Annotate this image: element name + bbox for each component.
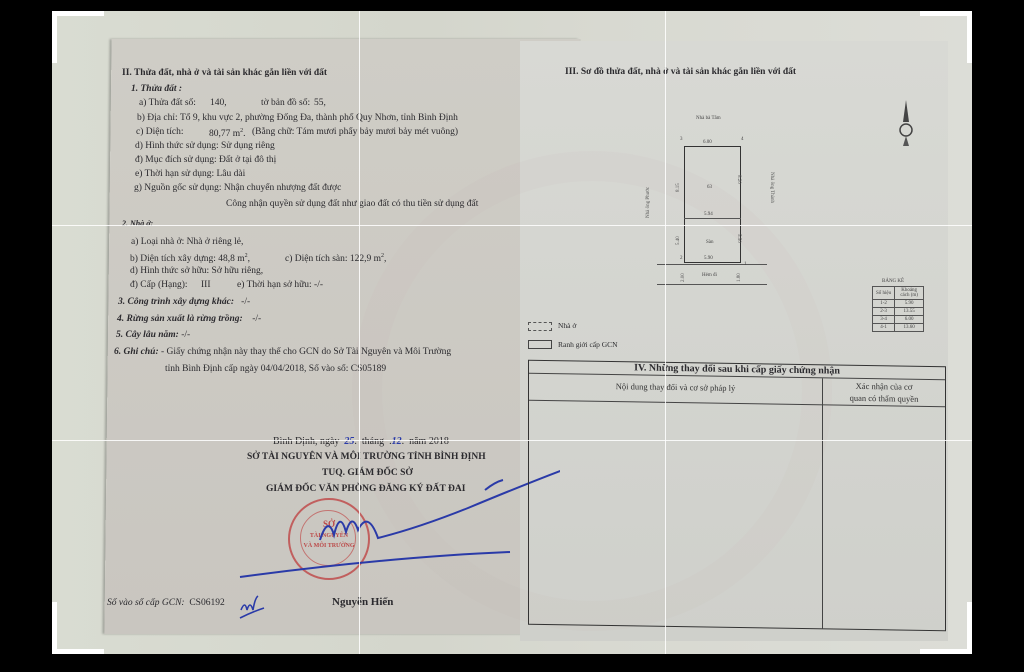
legend-house-swatch (528, 322, 552, 331)
table-row: 1-25.90 (873, 300, 924, 308)
land-heading: 1. Thửa đất : (131, 85, 182, 95)
parcel-label: 63 (707, 185, 712, 190)
floor-area: c) Diện tích sàn: 122,9 m2, (285, 253, 386, 265)
register-number: Số vào sổ cấp GCN: CS06192 (107, 599, 225, 609)
address-value: Tổ 9, khu vực 2, phường Đống Đa, thành p… (180, 114, 458, 124)
changes-col-content: Nội dung thay đổi và cơ sở pháp lý (529, 380, 822, 395)
notes-line1: 6. Ghi chú: - Giấy chứng nhận này thay t… (114, 348, 451, 358)
perennial-trees: 5. Cây lâu năm: -/- (116, 331, 190, 341)
parcel-boundary (684, 146, 741, 263)
edge-right-upper: 8.20 (736, 175, 741, 184)
grid-line-v1 (359, 11, 360, 654)
address-label: b) Địa chỉ: (137, 114, 178, 124)
coord-header-segment: Số hiệu (873, 287, 895, 300)
ownership-term: e) Thời hạn sở hữu: -/- (237, 281, 323, 291)
neighbor-top: Nhà bà Tâm (696, 116, 721, 121)
house-heading: 2. Nhà ở: (122, 220, 153, 228)
road-width-left: 2.00 (681, 273, 686, 282)
house-ownership: d) Hình thức sở hữu: Sở hữu riêng, (130, 267, 263, 277)
grid-line-h1 (52, 225, 972, 226)
road-label: Hẻm đi (702, 273, 717, 278)
north-arrow-icon (896, 100, 916, 150)
edge-right-lower: 5.50 (736, 234, 741, 243)
road-edge-top (657, 264, 767, 265)
map-sheet-number: 55, (314, 99, 326, 109)
house-grade-label: đ) Cấp (Hạng): (130, 281, 188, 291)
changes-col-confirmation: Xác nhận của cơquan có thẩm quyền (823, 379, 945, 405)
production-forest: 4. Rừng sản xuất là rừng trồng: -/- (117, 315, 261, 325)
area-words: (Bằng chữ: Tám mươi phẩy bảy mươi bảy mé… (252, 128, 458, 138)
table-row: 4-113.60 (873, 324, 924, 332)
register-initials-ink (238, 592, 268, 622)
land-origin-cont: Công nhận quyền sử dụng đất như giao đất… (226, 200, 478, 210)
divider-width: 5.94 (704, 212, 713, 217)
grid-line-h2 (52, 440, 972, 441)
edge-left-upper: 8.15 (676, 183, 681, 192)
section-iii-title: III. Sơ đồ thửa đất, nhà ở và tài sản kh… (565, 68, 796, 78)
use-term: e) Thời hạn sử dụng: Lâu dài (135, 170, 245, 180)
signer-name: Nguyễn Hiến (332, 597, 393, 608)
coord-header-distance: Khoảng cách (m) (895, 287, 924, 300)
house-grade: III (201, 281, 211, 291)
neighbor-right: Nhà ông Thành (769, 172, 774, 203)
edge-top-length: 6.00 (703, 140, 712, 145)
road-width-right: 1.80 (737, 273, 742, 282)
changes-table: IV. Những thay đổi sau khi cấp giấy chứn… (528, 360, 946, 632)
land-origin: g) Nguồn gốc sử dụng: Nhận chuyển nhượng… (134, 184, 341, 194)
area-label: c) Diện tích: (136, 128, 183, 138)
house-type: a) Loại nhà ở: Nhà ở riêng lẻ, (131, 238, 243, 248)
house-label: Sàn (706, 240, 714, 245)
point-3: 3 (680, 137, 683, 142)
issuing-agency: SỞ TÀI NGUYÊN VÀ MÔI TRƯỜNG TỈNH BÌNH ĐỊ… (247, 453, 486, 463)
parcel-label: a) Thửa đất số: (139, 99, 196, 109)
table-row: 3-46.00 (873, 316, 924, 324)
house-divider (684, 218, 741, 219)
table-row: 2-313.55 (873, 308, 924, 316)
section-ii-title: II. Thửa đất, nhà ở và tài sản khác gắn … (122, 69, 327, 79)
point-4: 4 (741, 137, 744, 142)
point-1: 1 (744, 262, 747, 267)
road-edge-bottom (657, 284, 767, 285)
grid-line-v2 (665, 11, 666, 654)
use-form: d) Hình thức sử dụng: Sử dụng riêng (135, 142, 275, 152)
point-2: 2 (680, 256, 683, 261)
neighbor-left: Nhà ông Phước (646, 187, 651, 218)
parcel-number: 140, (210, 99, 227, 109)
coord-table: Số hiệuKhoảng cách (m) 1-25.90 2-313.55 … (872, 286, 924, 332)
map-sheet-label: tờ bản đồ số: (261, 99, 310, 109)
signature-ink (230, 465, 560, 585)
build-area: b) Diện tích xây dựng: 48,8 m2, (130, 253, 250, 265)
use-purpose: đ) Mục đích sử dụng: Đất ở tại đô thị (135, 156, 276, 166)
area-value: 80,77 m2. (209, 128, 246, 140)
legend-house-label: Nhà ở (558, 322, 576, 330)
other-construction: 3. Công trình xây dựng khác: -/- (118, 298, 250, 308)
edge-left-lower: 5.40 (676, 236, 681, 245)
legend-boundary-swatch (528, 340, 552, 349)
legend-boundary-label: Ranh giới cấp GCN (558, 341, 618, 349)
coord-table-title: BẢNG KÊ (882, 279, 904, 284)
edge-bottom-length: 5.90 (704, 256, 713, 261)
issue-date: Bình Định, ngày 25. tháng .12. năm 2018 (273, 437, 449, 447)
notes-line2: tỉnh Bình Định cấp ngày 04/04/2018, Số v… (165, 365, 386, 375)
